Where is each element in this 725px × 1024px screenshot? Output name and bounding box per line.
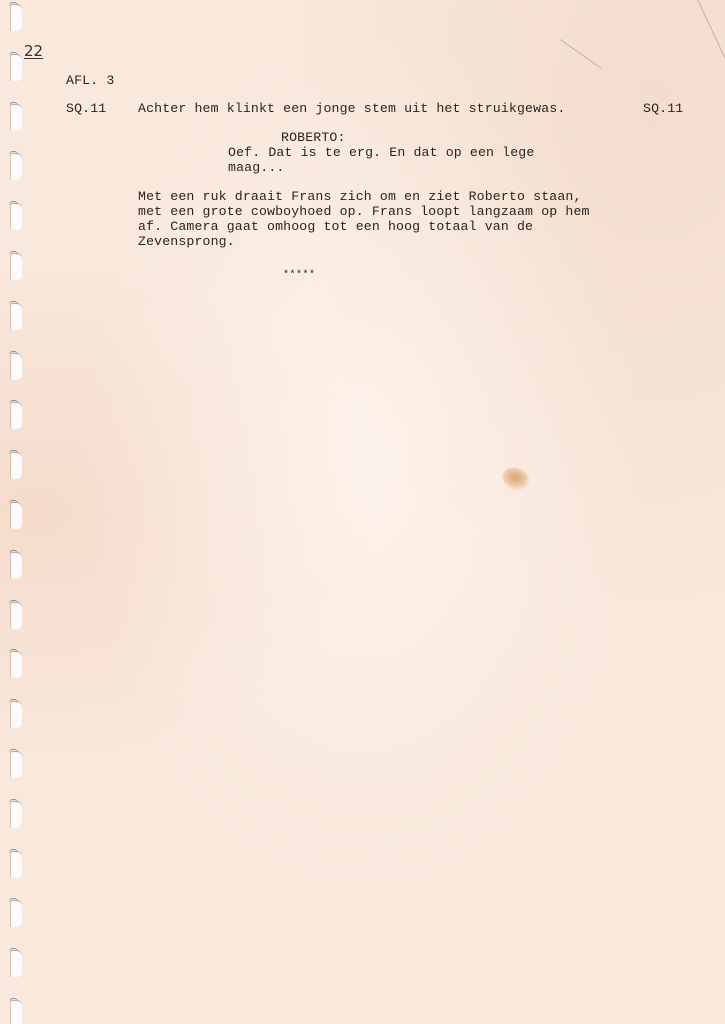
punched-hole (11, 950, 22, 977)
punched-hole (11, 4, 22, 31)
character-name: ROBERTO: (281, 130, 346, 146)
punched-hole (11, 452, 22, 479)
scene-end-marker: ***** (283, 268, 316, 284)
scene-action: Achter hem klinkt een jonge stem uit het… (138, 101, 565, 117)
action-line: met een grote cowboyhoed op. Frans loopt… (138, 204, 590, 220)
punched-hole (11, 104, 22, 131)
punched-hole (11, 751, 22, 778)
punched-hole (11, 303, 22, 330)
punched-hole (11, 552, 22, 579)
scene-number-left: SQ.11 (66, 101, 106, 117)
paper-crease (560, 39, 602, 68)
paper-stain (499, 464, 533, 494)
typescript-page: 22 AFL. 3 SQ.11 Achter hem klinkt een jo… (0, 0, 725, 1024)
punched-hole (11, 153, 22, 180)
action-line: Met een ruk draait Frans zich om en ziet… (138, 189, 582, 205)
paper-corner-crease (695, 0, 725, 58)
punched-hole (11, 54, 22, 81)
punched-hole (11, 402, 22, 429)
punched-hole (11, 353, 22, 380)
dialogue-line: maag... (228, 160, 284, 176)
punched-hole (11, 801, 22, 828)
punched-hole (11, 851, 22, 878)
punched-hole (11, 701, 22, 728)
handwritten-page-number: 22 (24, 42, 43, 60)
scene-number-right: SQ.11 (643, 101, 683, 117)
punched-hole (11, 651, 22, 678)
punched-hole (11, 1000, 22, 1024)
punched-hole (11, 502, 22, 529)
episode-label: AFL. 3 (66, 73, 114, 89)
action-line: Zevensprong. (138, 234, 235, 250)
action-line: af. Camera gaat omhoog tot een hoog tota… (138, 219, 533, 235)
punched-hole (11, 253, 22, 280)
punched-hole (11, 602, 22, 629)
punched-hole (11, 203, 22, 230)
dialogue-line: Oef. Dat is te erg. En dat op een lege (228, 145, 534, 161)
punched-hole (11, 900, 22, 927)
